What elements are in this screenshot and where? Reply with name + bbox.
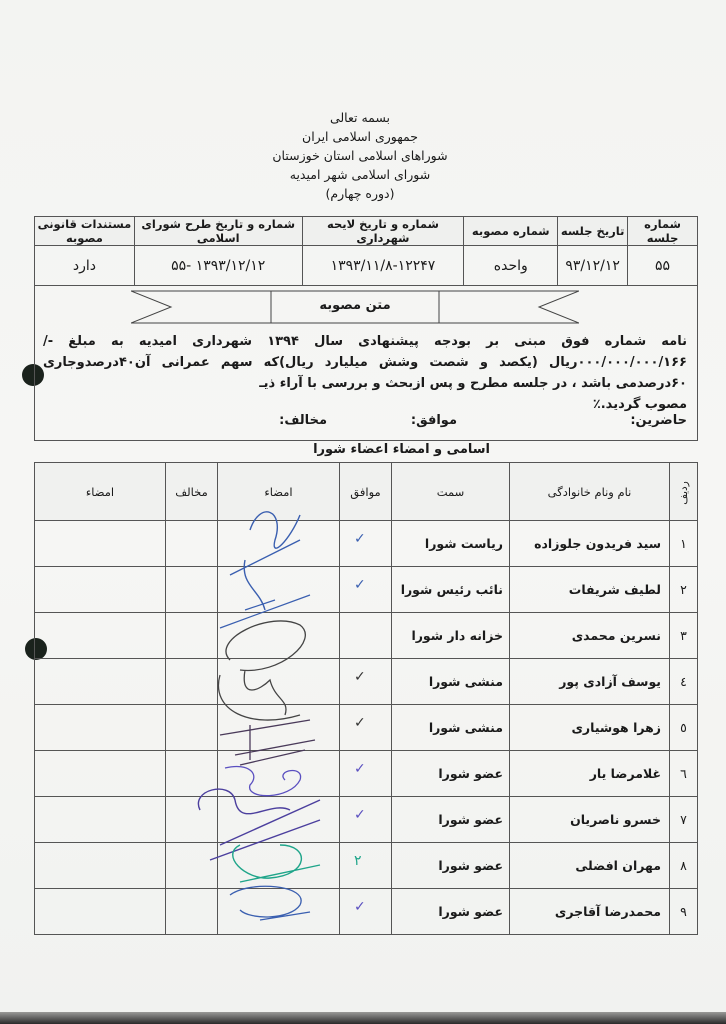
member-role: منشی شورا [392,659,510,705]
resolution-body: نامه شماره فوق مبنی بر بودجه پیشنهادی سا… [43,331,687,415]
resolution-title: متن مصوبه [271,298,439,313]
table-row: ٤ یوسف آزادی پور منشی شورا ✓ [35,659,698,705]
against-cell [166,613,218,659]
table-row: ٦ غلامرضا یار عضو شورا ✓ [35,751,698,797]
against-cell [166,659,218,705]
member-role: عضو شورا [392,889,510,935]
term-line: (دوره چهارم) [230,184,490,203]
table-row: ۸ مهران افضلی عضو شورا ۲ [35,843,698,889]
against-cell [166,843,218,889]
agree-cell: ۲ [340,843,392,889]
signature-cell [218,613,340,659]
row-number: ۹ [670,889,698,935]
header-signature-2: امضاء [35,463,166,521]
header-resolution-number: شماره مصوبه [464,217,558,246]
agree-cell: ✓ [340,705,392,751]
check-icon: ۲ [354,853,362,869]
agree-cell: ✓ [340,751,392,797]
table-row: ٥ زهرا هوشیاری منشی شورا ✓ [35,705,698,751]
signature-cell-2 [35,889,166,935]
row-number: ٥ [670,705,698,751]
check-icon: ✓ [354,577,366,593]
agree-label: موافق: [411,413,457,428]
table-row: ۹ محمدرضا آقاجری عضو شورا ✓ [35,889,698,935]
check-icon: ✓ [354,899,366,915]
row-number: ۷ [670,797,698,843]
member-role: عضو شورا [392,797,510,843]
agree-cell: ✓ [340,797,392,843]
member-name: یوسف آزادی پور [510,659,670,705]
header-signature: امضاء [218,463,340,521]
header-row-number: ردیف [670,463,698,521]
table-row: ۱ سید فریدون جلوزاده ریاست شورا ✓ [35,521,698,567]
row-number: ۳ [670,613,698,659]
bismillah-line: بسمه تعالی [230,108,490,127]
header-agree: موافق [340,463,392,521]
member-name: نسرین محمدی [510,613,670,659]
member-role: عضو شورا [392,843,510,889]
header-role: سمت [392,463,510,521]
province-council-line: شوراهای اسلامی استان خوزستان [230,146,490,165]
header-session-date: تاریخ جلسه [558,217,628,246]
row-number: ٤ [670,659,698,705]
header-name: نام ونام خانوادگی [510,463,670,521]
info-header-row: شماره جلسه تاریخ جلسه شماره مصوبه شماره … [35,217,698,246]
table-row: ۷ خسرو ناصریان عضو شورا ✓ [35,797,698,843]
signature-cell [218,751,340,797]
check-icon: ✓ [354,715,366,731]
member-name: خسرو ناصریان [510,797,670,843]
signature-cell [218,659,340,705]
member-role: عضو شورا [392,751,510,797]
check-icon: ✓ [354,531,366,547]
signature-cell-2 [35,521,166,567]
agree-cell: ✓ [340,659,392,705]
table-row: ۳ نسرین محمدی خزانه دار شورا [35,613,698,659]
letterhead: بسمه تعالی جمهوری اسلامی ایران شوراهای ا… [230,108,490,203]
disagree-label: مخالف: [279,413,327,428]
scanned-document: بسمه تعالی جمهوری اسلامی ایران شوراهای ا… [0,0,726,1024]
row-number: ٦ [670,751,698,797]
signature-cell-2 [35,567,166,613]
present-label: حاضرین: [630,413,687,428]
signature-cell-2 [35,705,166,751]
table-row: ۲ لطیف شریفات نائب رئیس شورا ✓ [35,567,698,613]
members-caption: اسامی و امضاء اعضاء شورا [290,442,490,457]
signature-cell-2 [35,751,166,797]
signature-cell-2 [35,843,166,889]
member-name: غلامرضا یار [510,751,670,797]
city-council-line: شورای اسلامی شهر امیدیه [230,165,490,184]
member-name: زهرا هوشیاری [510,705,670,751]
against-cell [166,521,218,567]
header-council-plan: شماره و تاریخ طرح شورای اسلامی [134,217,302,246]
member-role: ریاست شورا [392,521,510,567]
member-role: خزانه دار شورا [392,613,510,659]
signature-cell [218,797,340,843]
agree-cell: ✓ [340,567,392,613]
signature-cell [218,521,340,567]
header-legal-documents: مستندات قانونی مصوبه [35,217,135,246]
against-cell [166,797,218,843]
resolution-title-ribbon: متن مصوبه [131,289,579,325]
against-cell [166,889,218,935]
member-role: نائب رئیس شورا [392,567,510,613]
signature-cell [218,705,340,751]
check-icon: ✓ [354,807,366,823]
approved-line: مصوب گردید.٪ [43,394,687,415]
member-name: سید فریدون جلوزاده [510,521,670,567]
scan-bottom-edge [0,1012,726,1024]
check-icon: ✓ [354,669,366,685]
member-name: محمدرضا آقاجری [510,889,670,935]
members-header-row: ردیف نام ونام خانوادگی سمت موافق امضاء م… [35,463,698,521]
header-against: مخالف [166,463,218,521]
resolution-text: نامه شماره فوق مبنی بر بودجه پیشنهادی سا… [43,331,687,394]
header-municipality-bill: شماره و تاریخ لایحه شهرداری [302,217,464,246]
agree-cell: ✓ [340,889,392,935]
country-line: جمهوری اسلامی ایران [230,127,490,146]
member-name: لطیف شریفات [510,567,670,613]
signature-cell-2 [35,659,166,705]
row-number: ۱ [670,521,698,567]
session-info-table: شماره جلسه تاریخ جلسه شماره مصوبه شماره … [34,216,698,286]
member-name: مهران افضلی [510,843,670,889]
signature-cell [218,843,340,889]
signature-cell [218,889,340,935]
against-cell [166,705,218,751]
member-role: منشی شورا [392,705,510,751]
resolution-box: متن مصوبه نامه شماره فوق مبنی بر بودجه پ… [34,279,698,441]
row-number: ۲ [670,567,698,613]
header-session-number: شماره جلسه [628,217,698,246]
signature-cell-2 [35,613,166,659]
against-cell [166,751,218,797]
members-table: ردیف نام ونام خانوادگی سمت موافق امضاء م… [34,462,698,935]
signature-cell [218,567,340,613]
votes-line: حاضرین: موافق: مخالف: [47,413,687,433]
row-number: ۸ [670,843,698,889]
check-icon: ✓ [354,761,366,777]
agree-cell: ✓ [340,521,392,567]
agree-cell [340,613,392,659]
against-cell [166,567,218,613]
signature-cell-2 [35,797,166,843]
